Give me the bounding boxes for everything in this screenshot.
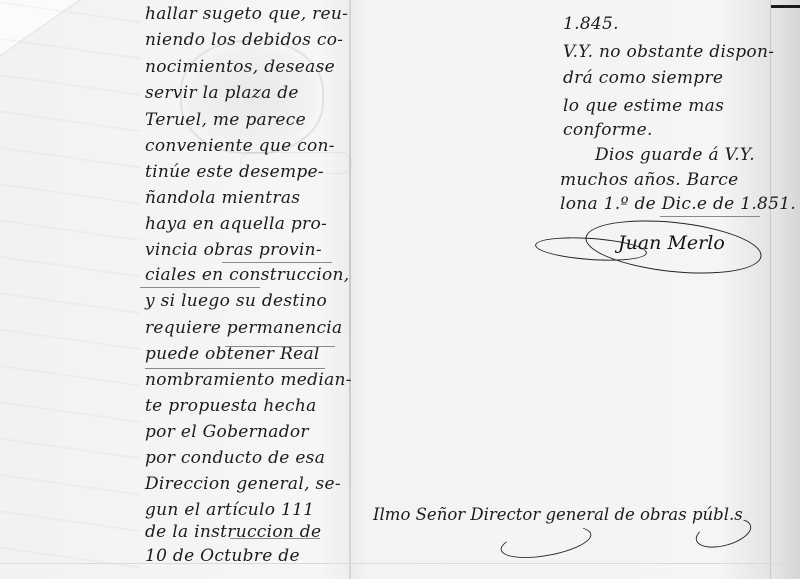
handwritten-line: ciales en construccion, bbox=[145, 265, 349, 285]
page-fold-line bbox=[349, 0, 351, 579]
handwritten-line: y si luego su destino bbox=[145, 291, 327, 311]
handwritten-line: te propuesta hecha bbox=[145, 396, 317, 416]
page-edge-shadow bbox=[772, 0, 800, 579]
text-underline bbox=[230, 538, 320, 539]
handwritten-line: conforme. bbox=[563, 120, 653, 140]
handwritten-line: Direccion general, se- bbox=[145, 474, 341, 494]
handwritten-line: hallar sugeto que, reu- bbox=[145, 4, 348, 24]
handwritten-line: V.Y. no obstante dispon- bbox=[563, 42, 774, 62]
handwritten-line: conveniente que con- bbox=[145, 136, 335, 156]
handwritten-line: muchos años. Barce bbox=[560, 170, 739, 190]
bleed-through-text bbox=[0, 0, 140, 579]
scanned-letter: hallar sugeto que, reu- niendo los debid… bbox=[0, 0, 800, 579]
handwritten-line: Dios guarde á V.Y. bbox=[595, 145, 755, 165]
handwritten-line: por el Gobernador bbox=[145, 422, 309, 442]
handwritten-line: drá como siempre bbox=[563, 68, 723, 88]
handwritten-line: lona 1.º de Dic.e de 1.851. bbox=[560, 194, 796, 214]
handwritten-line: vincia obras provin- bbox=[145, 240, 322, 260]
handwritten-line: puede obtener Real bbox=[145, 344, 320, 364]
handwritten-line: nombramiento median- bbox=[145, 370, 352, 390]
handwritten-line: Teruel, me parece bbox=[145, 110, 306, 130]
handwritten-line: nocimientos, desease bbox=[145, 57, 335, 77]
handwritten-line: 10 de Octubre de bbox=[145, 546, 300, 566]
text-underline bbox=[660, 216, 760, 217]
handwritten-line: tinúe este desempe- bbox=[145, 162, 324, 182]
handwritten-line: por conducto de esa bbox=[145, 448, 325, 468]
handwritten-line: ñandola mientras bbox=[145, 188, 300, 208]
text-underline bbox=[225, 346, 335, 347]
scan-border-mark bbox=[771, 5, 800, 8]
text-underline bbox=[140, 287, 260, 288]
signature: Juan Merlo bbox=[618, 232, 725, 254]
handwritten-line: gun el artículo 111 bbox=[145, 500, 314, 520]
handwritten-line: requiere permanencia bbox=[145, 318, 342, 338]
page-bottom-edge bbox=[0, 563, 800, 564]
addressee-flourish bbox=[498, 520, 593, 564]
handwritten-line: niendo los debidos co- bbox=[145, 30, 343, 50]
page-edge-line bbox=[770, 0, 771, 579]
addressee-line: Ilmo Señor Director general de obras púb… bbox=[373, 505, 743, 524]
handwritten-line: 1.845. bbox=[563, 14, 619, 34]
text-underline bbox=[222, 262, 332, 263]
handwritten-line: haya en aquella pro- bbox=[145, 214, 327, 234]
handwritten-line: servir la plaza de bbox=[145, 83, 299, 103]
handwritten-line: de la instruccion de bbox=[145, 522, 321, 542]
handwritten-line: lo que estime mas bbox=[563, 96, 724, 116]
text-underline bbox=[145, 368, 325, 369]
